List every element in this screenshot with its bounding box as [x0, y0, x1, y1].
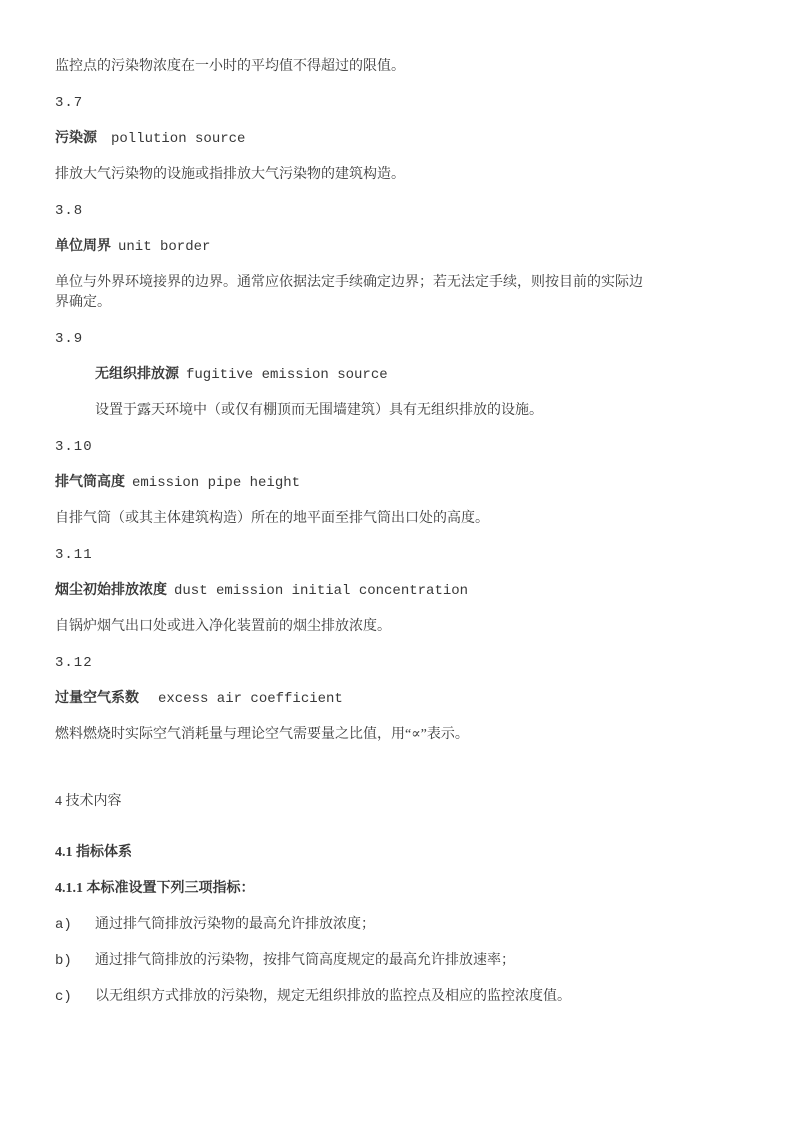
document-content: 监控点的污染物浓度在一小时的平均值不得超过的限值。 3.7 污染源polluti… [55, 57, 655, 1023]
list-item-b: b) 通过排气筒排放的污染物，按排气筒高度规定的最高允许排放速率； [55, 951, 655, 971]
list-item-c: c) 以无组织方式排放的污染物，规定无组织排放的监控点及相应的监控浓度值。 [55, 987, 655, 1007]
term-en-3-11: dust emission initial concentration [174, 583, 468, 599]
clause-number-3-12: 3.12 [55, 653, 655, 673]
term-line-3-9: 无组织排放源fugitive emission source [55, 365, 655, 385]
definition-3-9: 设置于露天环境中（或仅有棚顶而无围墙建筑）具有无组织排放的设施。 [55, 401, 655, 421]
term-zh-3-12: 过量空气系数 [55, 691, 139, 706]
clause-number-3-11: 3.11 [55, 545, 655, 565]
section-heading: 4 技术内容 [55, 792, 655, 812]
term-en-3-12: excess air coefficient [158, 691, 343, 707]
definition-3-12: 燃料燃烧时实际空气消耗量与理论空气需要量之比值，用“∝”表示。 [55, 725, 655, 745]
definition-intro: 监控点的污染物浓度在一小时的平均值不得超过的限值。 [55, 57, 655, 77]
clause-number-3-10: 3.10 [55, 437, 655, 457]
clause-number-3-9: 3.9 [55, 329, 655, 349]
term-zh-3-11: 烟尘初始排放浓度 [55, 583, 167, 598]
term-line-3-12: 过量空气系数excess air coefficient [55, 689, 655, 709]
list-item-text-b: 通过排气筒排放的污染物，按排气筒高度规定的最高允许排放速率； [95, 951, 655, 971]
list-item-label-b: b) [55, 951, 95, 971]
list-item-a: a) 通过排气筒排放污染物的最高允许排放浓度； [55, 915, 655, 935]
clause-4-1-1: 4.1.1 本标准设置下列三项指标： [55, 879, 655, 899]
term-zh-3-7: 污染源 [55, 131, 97, 146]
list-item-label-a: a) [55, 915, 95, 935]
definition-3-11: 自锅炉烟气出口处或进入净化装置前的烟尘排放浓度。 [55, 617, 655, 637]
term-en-3-10: emission pipe height [132, 475, 300, 491]
term-line-3-7: 污染源pollution source [55, 129, 655, 149]
document-page: 监控点的污染物浓度在一小时的平均值不得超过的限值。 3.7 污染源polluti… [0, 0, 800, 1131]
clause-number-3-8: 3.8 [55, 201, 655, 221]
term-zh-3-8: 单位周界 [55, 239, 111, 254]
definition-3-10: 自排气筒（或其主体建筑构造）所在的地平面至排气筒出口处的高度。 [55, 509, 655, 529]
term-zh-3-10: 排气筒高度 [55, 475, 125, 490]
term-zh-3-9: 无组织排放源 [95, 367, 179, 382]
term-en-3-7: pollution source [111, 131, 245, 147]
term-line-3-10: 排气筒高度emission pipe height [55, 473, 655, 493]
list-item-text-a: 通过排气筒排放污染物的最高允许排放浓度； [95, 915, 655, 935]
term-en-3-9: fugitive emission source [186, 367, 388, 383]
term-line-3-8: 单位周界unit border [55, 237, 655, 257]
definition-3-7: 排放大气污染物的设施或指排放大气污染物的建筑构造。 [55, 165, 655, 185]
clause-number-3-7: 3.7 [55, 93, 655, 113]
subsection-heading: 4.1 指标体系 [55, 843, 655, 863]
term-line-3-11: 烟尘初始排放浓度dust emission initial concentrat… [55, 581, 655, 601]
term-en-3-8: unit border [118, 239, 210, 255]
list-item-label-c: c) [55, 987, 95, 1007]
list-item-text-c: 以无组织方式排放的污染物，规定无组织排放的监控点及相应的监控浓度值。 [95, 987, 655, 1007]
definition-3-8: 单位与外界环境接界的边界。通常应依据法定手续确定边界；若无法定手续，则按目前的实… [55, 273, 655, 313]
